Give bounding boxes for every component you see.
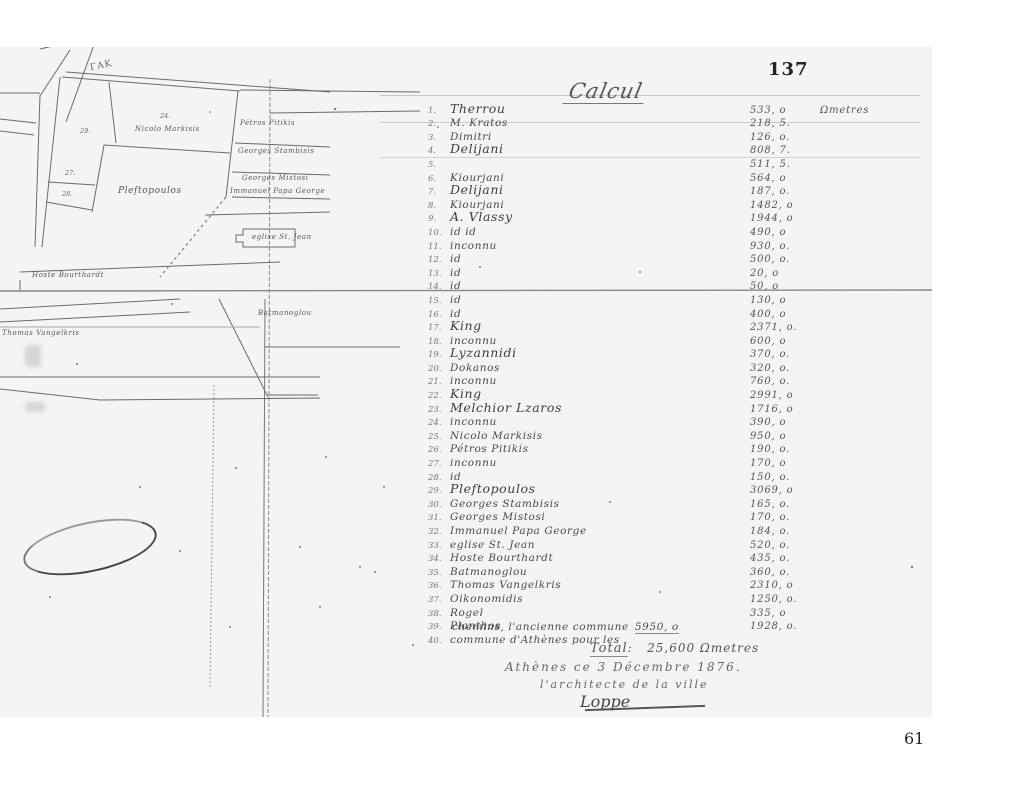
total-line: Total: 25,600 Ωmetres — [590, 641, 759, 656]
parcel-owner-label: Immanuel Papa George — [230, 187, 325, 195]
total-label: Total — [590, 641, 628, 657]
table-row: 32.Immanuel Papa George184, o. — [428, 523, 918, 537]
parcel-owner-label: Pleftopoulos — [118, 186, 182, 196]
table-row: 25.Nicolo Markisis950, o — [428, 428, 918, 442]
parcel-number: 24. — [160, 112, 170, 120]
table-row: 5.511, 5. — [428, 156, 918, 170]
scan-smudge — [25, 345, 41, 367]
table-row: 19.Lyzannidi370, o. — [428, 347, 918, 361]
table-row: 30.Georges Stambisis165, o. — [428, 496, 918, 510]
parcel-owner-label: Hoste Bourthardt — [32, 271, 104, 279]
parcel-number: 28. — [62, 190, 72, 198]
parcel-owner-label: Georges Stambisis — [238, 147, 315, 155]
table-row: 17.King2371, o. — [428, 320, 918, 334]
table-row: 34.Hoste Bourthardt435, o. — [428, 551, 918, 565]
table-row: 15.id130, o — [428, 292, 918, 306]
table-row: 20.Dokanos320, o. — [428, 360, 918, 374]
table-row: 1.Therrou533, oΩmetres — [428, 102, 918, 116]
architect-line: l'architecte de la ville — [540, 678, 709, 691]
table-row: 10.id id490, o — [428, 224, 918, 238]
table-row: 11.inconnu930, o. — [428, 238, 918, 252]
parcel-owner-label: eglise St. Jean — [252, 233, 312, 241]
sheet-number: 137 — [768, 59, 809, 80]
table-row: 12.id500, o. — [428, 252, 918, 266]
table-row: 29.Pleftopoulos3069, o — [428, 483, 918, 497]
parcel-number: 29. — [80, 127, 90, 135]
parcel-owner-label: Nicolo Markisis — [135, 125, 200, 133]
calcul-table: 1.Therrou533, oΩmetres 2.M. Kratos218, 5… — [428, 102, 918, 646]
table-row: 37.Oikonomidis1250, o. — [428, 591, 918, 605]
table-row: 7.Delijani187, o. — [428, 184, 918, 198]
table-row: 27.inconnu170, o — [428, 455, 918, 469]
table-row: 38.Rogel335, o — [428, 605, 918, 619]
parcel-owner-label: Thomas Vangelkris — [2, 329, 80, 337]
scanned-map-sheet: 24. Nicolo Markisis 29. Pétros Pitikis G… — [0, 47, 932, 717]
table-row: 31.Georges Mistosi170, o. — [428, 510, 918, 524]
table-row: 36.Thomas Vangelkris2310, o — [428, 578, 918, 592]
parcel-owner-label: Batmanoglou — [258, 309, 312, 317]
scan-smudge — [25, 402, 45, 412]
page-folio-number: 61 — [904, 729, 924, 748]
table-row: 35.Batmanoglou360, o. — [428, 564, 918, 578]
row-40-continuation: chemins, l'ancienne commune5950, o — [452, 621, 679, 633]
place-date: Athènes ce 3 Décembre 1876. — [505, 660, 742, 674]
table-row: 13.id20, o — [428, 265, 918, 279]
table-row: 23.Melchior Lzaros1716, o — [428, 401, 918, 415]
parcel-number: 27. — [65, 169, 75, 177]
table-row: 26.Pétros Pitikis190, o. — [428, 442, 918, 456]
table-row: 9.A. Vlassy1944, o — [428, 211, 918, 225]
table-row: 4.Delijani808, 7. — [428, 143, 918, 157]
table-row: 2.M. Kratos218, 5. — [428, 116, 918, 130]
parcel-owner-label: Pétros Pitikis — [240, 119, 295, 127]
parcel-owner-label: Georges Mistosi — [242, 174, 309, 182]
table-row: 24.inconnu390, o — [428, 415, 918, 429]
total-value: 25,600 Ωmetres — [647, 641, 759, 655]
table-row: 33.eglise St. Jean520, o. — [428, 537, 918, 551]
table-row: 14.id50, o — [428, 279, 918, 293]
